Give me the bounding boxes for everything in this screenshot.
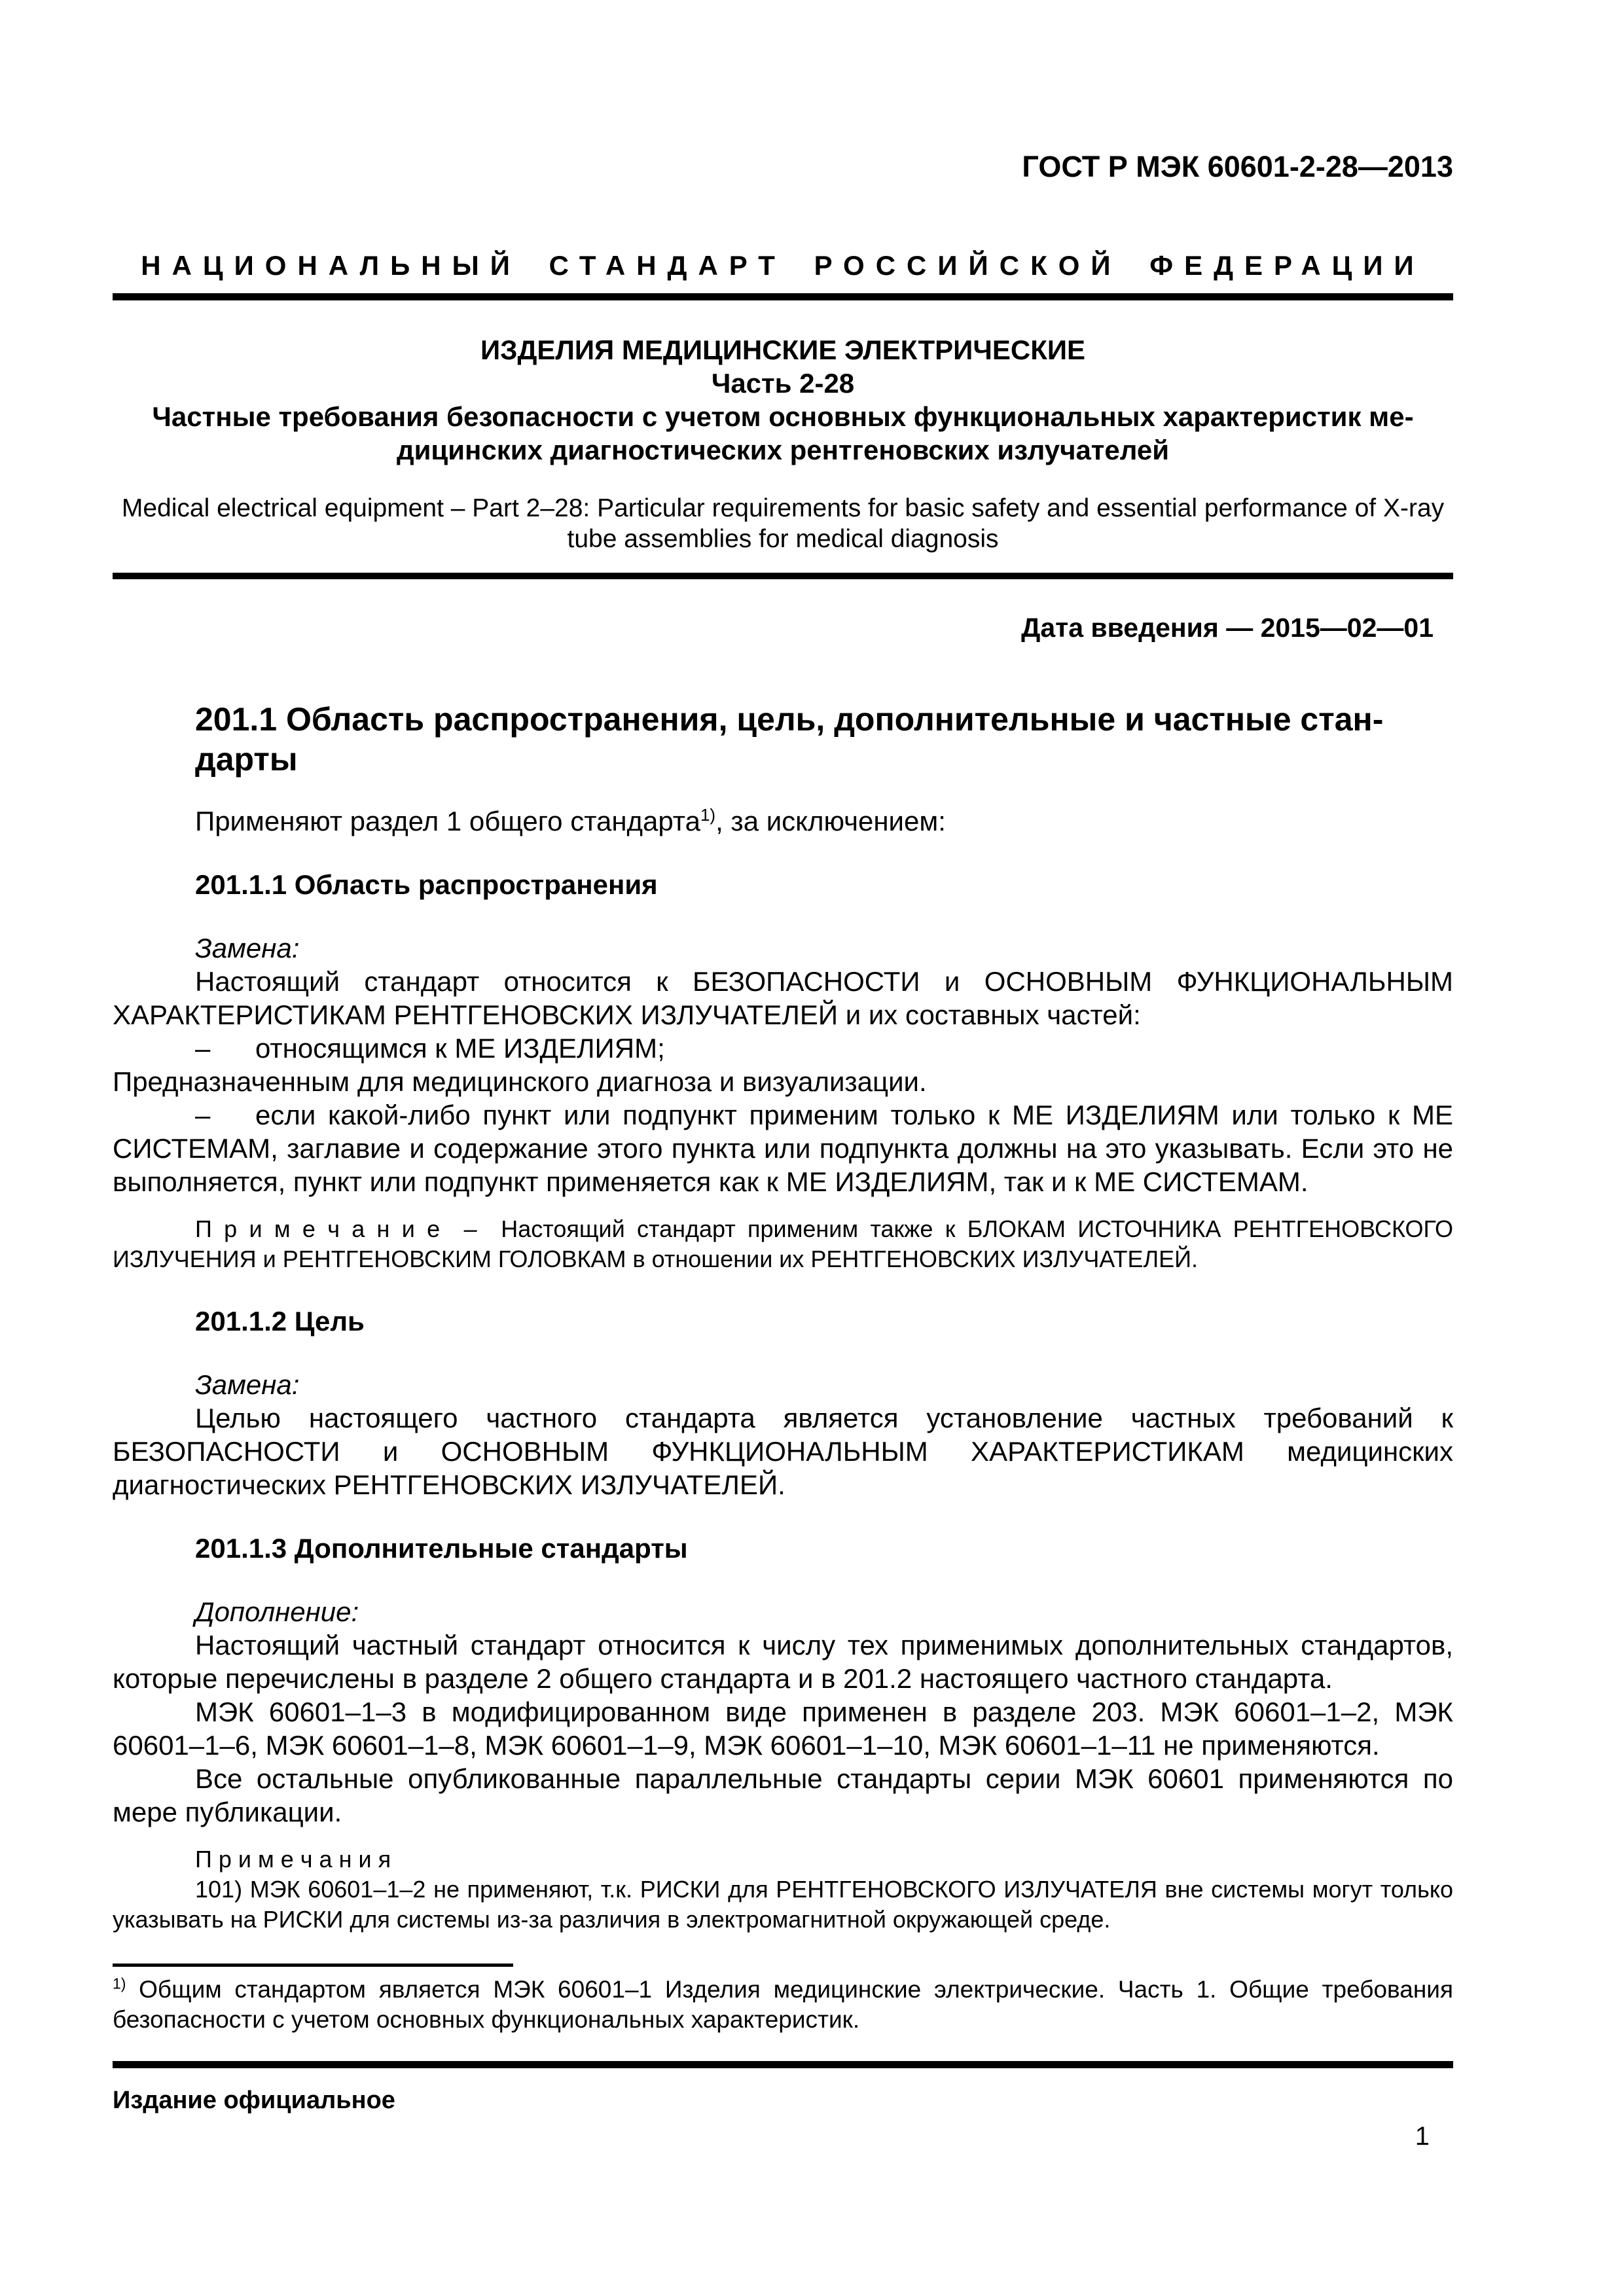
title-ru-line1: ИЗДЕЛИЯ МЕДИЦИНСКИЕ ЭЛЕКТРИЧЕСКИЕ [113,333,1453,367]
page-content: ГОСТ Р МЭК 60601-2-28—2013 НАЦИОНАЛЬНЫЙ … [0,149,1624,2152]
intro-text-tail: , за исключением: [715,806,946,836]
title-ru-line3: Частные требования безопасности с учетом… [113,400,1453,433]
dash-marker-2: – [195,1098,255,1132]
change-label-1: Замена: [113,931,1453,965]
title-ru-block: ИЗДЕЛИЯ МЕДИЦИНСКИЕ ЭЛЕКТРИЧЕСКИЕ Часть … [113,333,1453,467]
footnote-ref-1: 1) [700,805,715,825]
title-en: Medical electrical equipment – Part 2–28… [113,493,1453,554]
addition-label: Дополнение: [113,1595,1453,1628]
note-101: 101) МЭК 60601–1–2 не применяют, т.к. РИ… [113,1874,1453,1935]
doc-code-header: ГОСТ Р МЭК 60601-2-28—2013 [113,149,1453,185]
footer-rule [113,2061,1453,2068]
scope-paragraph-1: Настоящий стандарт относится к БЕЗОПАСНО… [113,965,1453,1031]
section-201-1-heading-line2: дарты [195,740,1453,780]
collateral-paragraph-1: Настоящий частный стандарт относится к ч… [113,1628,1453,1695]
footnote-rule [113,1964,513,1967]
notes-label: П р и м е ч а н и я [113,1844,1453,1874]
change-label-2: Замена: [113,1368,1453,1401]
section-201-1-heading-line1: 201.1 Область распространения, цель, доп… [195,700,1453,740]
intro-text: Применяют раздел 1 общего стандарта [195,806,700,836]
section-201-1-2-heading: 201.1.2 Цель [113,1304,1453,1338]
note-1: П р и м е ч а н и е – Настоящий стандарт… [113,1214,1453,1274]
scope-list-item-1-text: относящимся к МЕ ИЗДЕЛИЯМ; [255,1033,665,1064]
scope-list-item-2-text: если какой-либо пункт или подпункт приме… [113,1100,1453,1197]
scope-list-item-1: –относящимся к МЕ ИЗДЕЛИЯМ; [113,1031,1453,1065]
section-201-1-3-heading: 201.1.3 Дополнительные стандарты [113,1532,1453,1565]
section-201-1-1-heading: 201.1.1 Область распространения [113,868,1453,901]
document-page: ГОСТ Р МЭК 60601-2-28—2013 НАЦИОНАЛЬНЫЙ … [0,0,1624,2296]
dash-marker-1: – [195,1031,255,1065]
title-rule [113,573,1453,579]
collateral-paragraph-2: МЭК 60601–1–3 в модифицированном виде пр… [113,1695,1453,1762]
scope-paragraph-2: Предназначенным для медицинского диагноз… [113,1065,1453,1098]
section-201-1-heading: 201.1 Область распространения, цель, доп… [113,700,1453,780]
purpose-paragraph: Целью настоящего частного стандарта явля… [113,1401,1453,1501]
intro-paragraph: Применяют раздел 1 общего стандарта1), з… [113,804,1453,838]
effective-date: Дата введения — 2015—02—01 [113,611,1453,645]
footnote-marker: 1) [113,1975,126,1992]
collateral-paragraph-3: Все остальные опубликованные параллельны… [113,1762,1453,1829]
edition-official-label: Издание официальное [113,2085,1453,2115]
title-ru-line4: дицинских диагностических рентгеновских … [113,433,1453,467]
title-ru-line2: Часть 2-28 [113,367,1453,400]
national-standard-banner: НАЦИОНАЛЬНЫЙ СТАНДАРТ РОССИЙСКОЙ ФЕДЕРАЦ… [113,249,1453,283]
banner-rule [113,293,1453,300]
page-number: 1 [113,2121,1453,2152]
footnote-1: 1) Общим стандартом является МЭК 60601–1… [113,1975,1453,2035]
scope-list-item-2: –если какой-либо пункт или подпункт прим… [113,1098,1453,1198]
footnote-text: Общим стандартом является МЭК 60601–1 Из… [113,1976,1453,2033]
